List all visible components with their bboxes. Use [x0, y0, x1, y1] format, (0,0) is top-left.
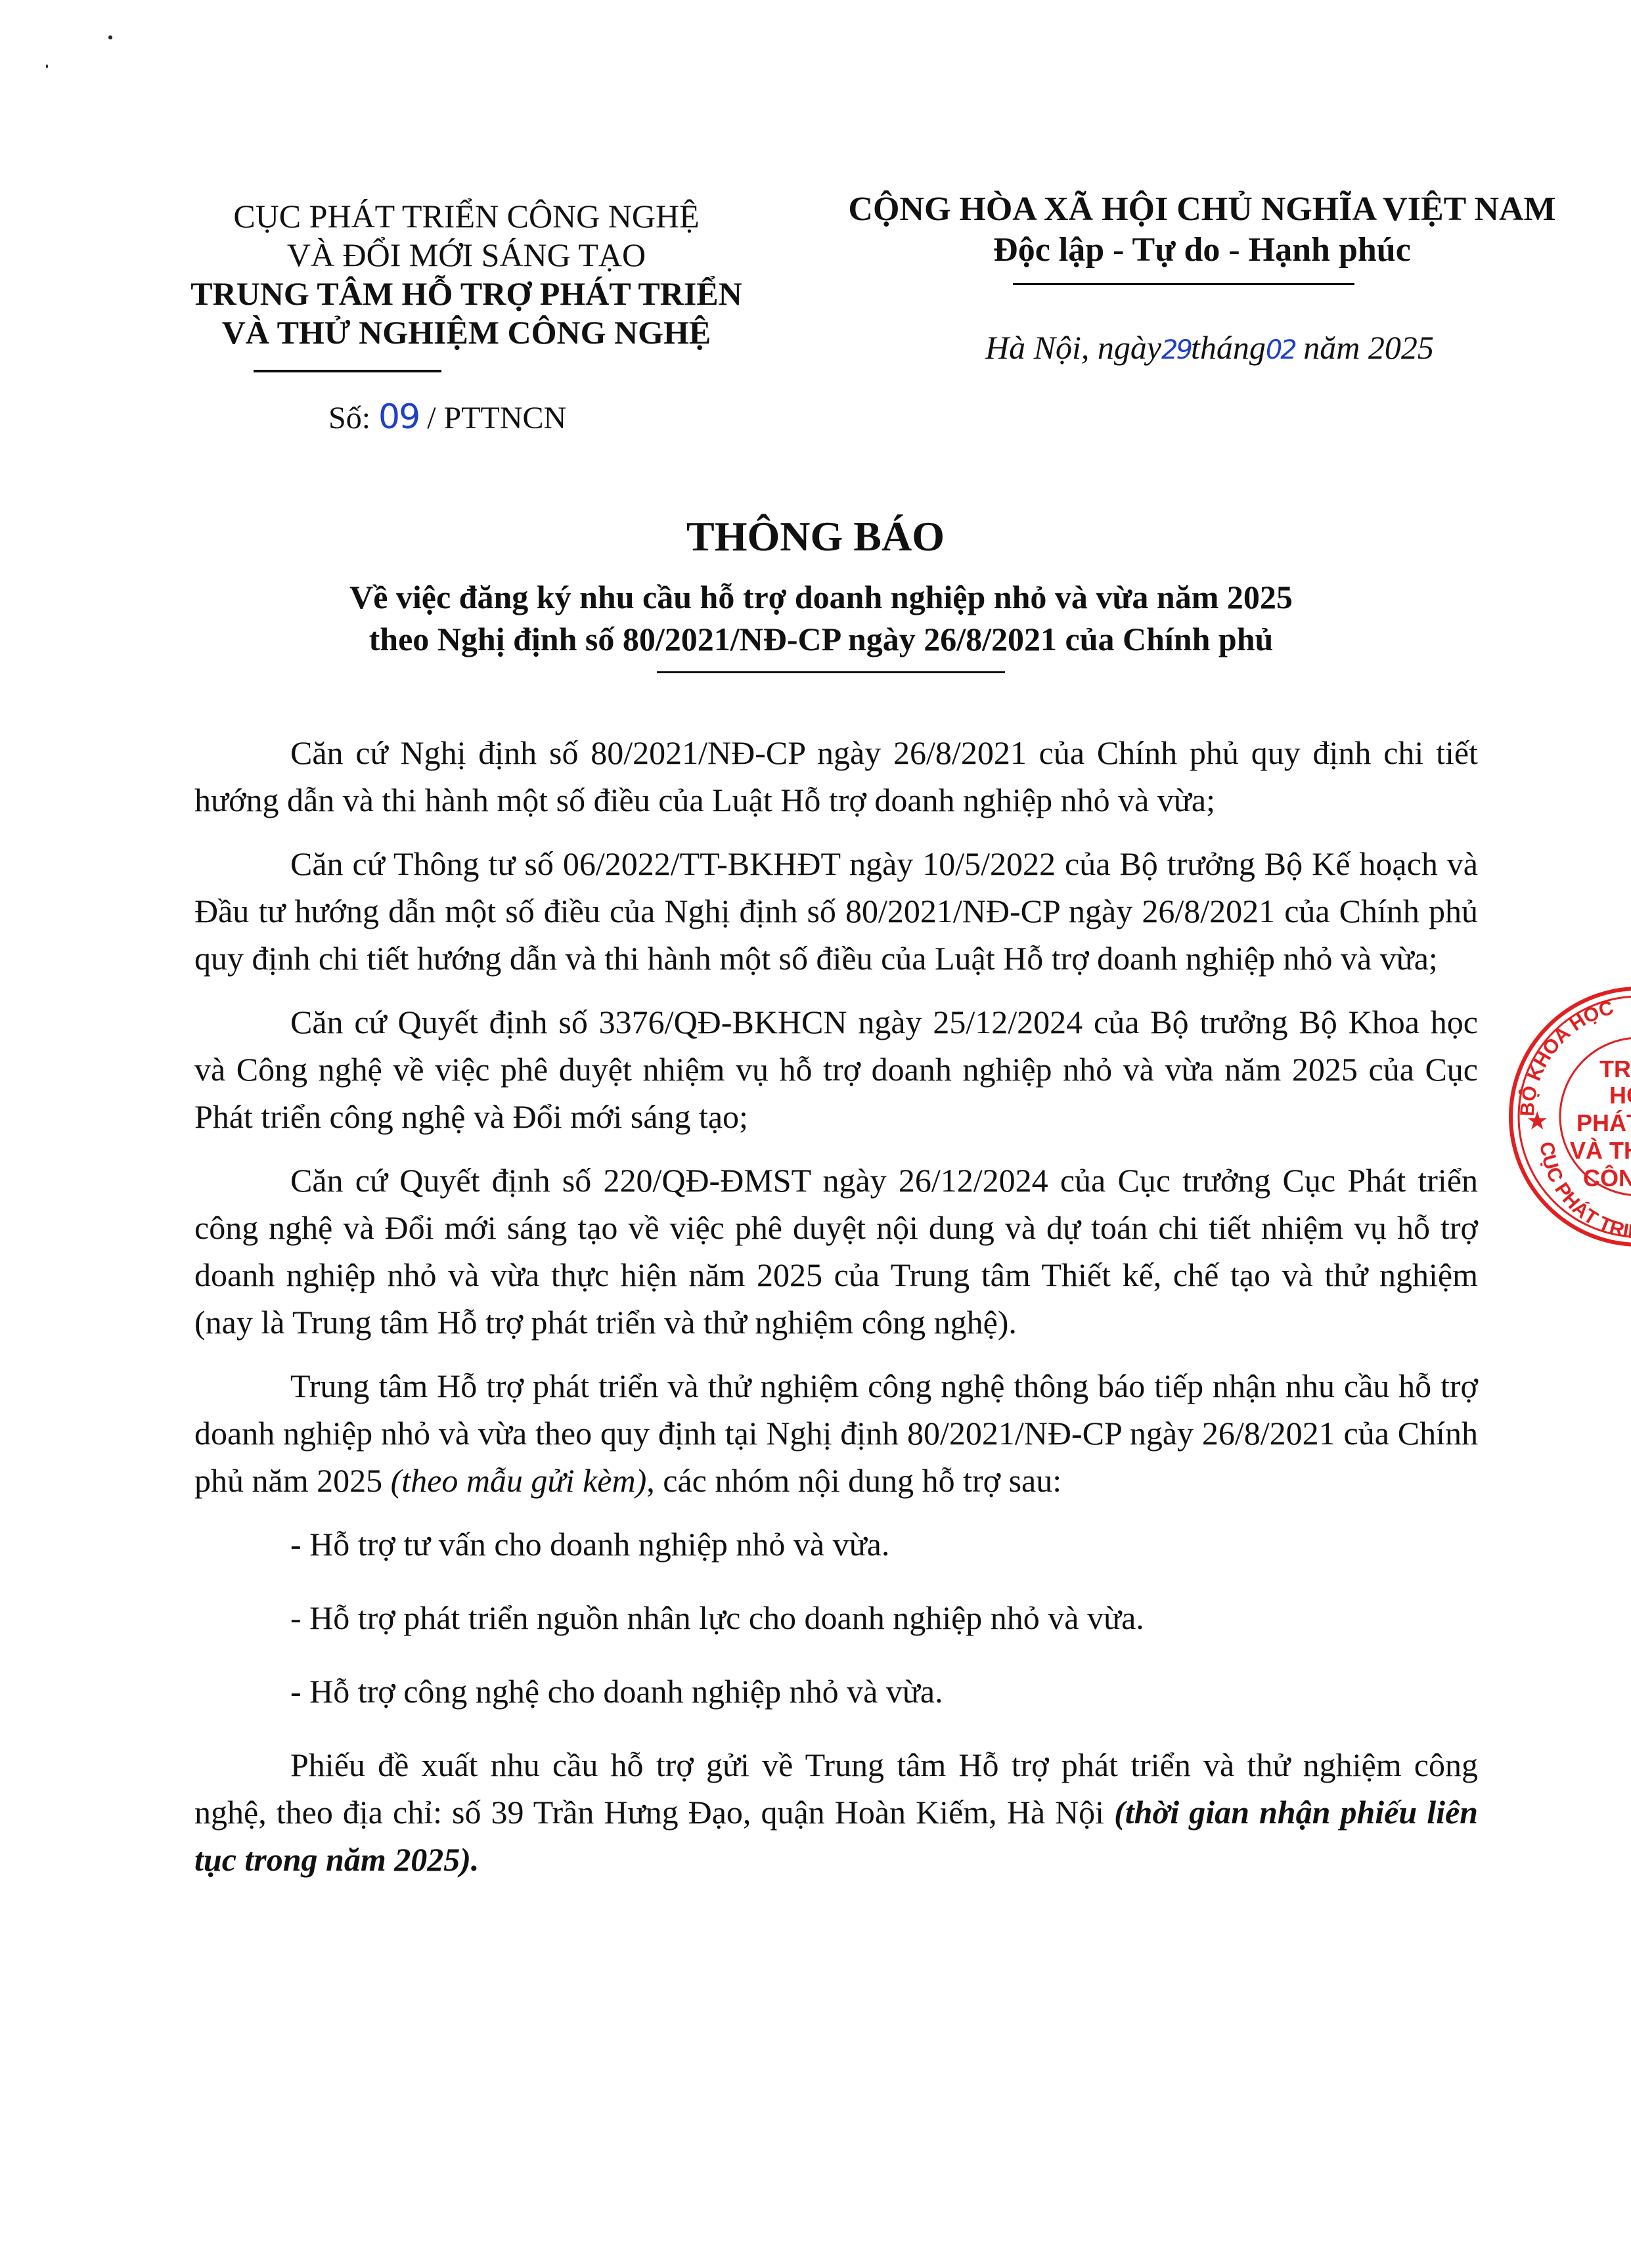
svg-text:HỖ: HỖ — [1609, 1081, 1631, 1109]
svg-text:CÔNG: CÔNG — [1583, 1164, 1631, 1191]
place-prefix: Hà Nội, ngày — [985, 329, 1161, 366]
national-header: CỘNG HÒA XÃ HỘI CHỦ NGHĨA VIỆT NAM Độc l… — [808, 189, 1596, 271]
doc-number-label: Số: — [328, 401, 370, 435]
star-icon: ★ — [1527, 1109, 1547, 1134]
day-handwritten: 29 — [1161, 335, 1191, 365]
issuing-agency-block: CỤC PHÁT TRIỂN CÔNG NGHỆ VÀ ĐỔI MỚI SÁNG… — [151, 197, 782, 352]
unit-line-1: TRUNG TÂM HỖ TRỢ PHÁT TRIỂN — [151, 275, 782, 313]
agency-line-1: CỤC PHÁT TRIỂN CÔNG NGHỆ — [151, 197, 782, 236]
legal-basis-paragraph: Căn cứ Thông tư số 06/2022/TT-BKHĐT ngày… — [194, 840, 1478, 982]
month-handwritten: 02 — [1266, 335, 1295, 365]
month-label: tháng — [1191, 329, 1266, 366]
unit-line-2: VÀ THỬ NGHIỆM CÔNG NGHỆ — [151, 313, 782, 352]
motto-underline — [1013, 283, 1354, 285]
submission-paragraph: Phiếu đề xuất nhu cầu hỗ trợ gửi về Trun… — [194, 1741, 1478, 1883]
support-item: - Hỗ trợ phát triển nguồn nhân lực cho d… — [194, 1594, 1478, 1641]
svg-text:VÀ THỬ: VÀ THỬ — [1570, 1136, 1631, 1164]
national-motto: Độc lập - Tự do - Hạnh phúc — [808, 230, 1596, 271]
subject-line-2: theo Nghị định số 80/2021/NĐ-CP ngày 26/… — [197, 618, 1445, 660]
year-label: năm 2025 — [1303, 329, 1434, 366]
document-body: Căn cứ Nghị định số 80/2021/NĐ-CP ngày 2… — [194, 729, 1478, 1900]
doc-number-handwritten: 09 — [378, 397, 419, 437]
scan-speck — [46, 64, 48, 68]
agency-line-2: VÀ ĐỔI MỚI SÁNG TẠO — [151, 236, 782, 275]
attached-form-note: (theo mẫu gửi kèm) — [391, 1462, 647, 1499]
document-number: Số: 09 / PTTNCN — [328, 397, 566, 437]
official-seal-stamp: BỘ KHOA HỌC CỤC PHÁT TRIỂN CÔNG NGHỆ ★ T… — [1501, 979, 1631, 1255]
place-and-date: Hà Nội, ngày29tháng02 năm 2025 — [985, 328, 1434, 367]
svg-text:PHÁT: PHÁT — [1576, 1109, 1631, 1136]
subject-line-1: Về việc đăng ký nhu cầu hỗ trợ doanh ngh… — [197, 576, 1445, 618]
support-item: - Hỗ trợ công nghệ cho doanh nghiệp nhỏ … — [194, 1668, 1478, 1715]
agency-underline — [254, 370, 441, 372]
doc-number-suffix: / PTTNCN — [427, 401, 566, 435]
announcement-paragraph: Trung tâm Hỗ trợ phát triển và thử nghiệ… — [194, 1362, 1478, 1504]
legal-basis-paragraph: Căn cứ Quyết định số 3376/QĐ-BKHCN ngày … — [194, 998, 1478, 1140]
scan-speck — [108, 35, 112, 39]
legal-basis-paragraph: Căn cứ Quyết định số 220/QĐ-ĐMST ngày 26… — [194, 1157, 1478, 1346]
document-subject: Về việc đăng ký nhu cầu hỗ trợ doanh ngh… — [197, 576, 1445, 660]
support-item: - Hỗ trợ tư vấn cho doanh nghiệp nhỏ và … — [194, 1521, 1478, 1568]
announcement-text-end: , các nhóm nội dung hỗ trợ sau: — [646, 1462, 1061, 1499]
svg-text:TRU: TRU — [1599, 1056, 1631, 1082]
legal-basis-paragraph: Căn cứ Nghị định số 80/2021/NĐ-CP ngày 2… — [194, 729, 1478, 824]
country-name: CỘNG HÒA XÃ HỘI CHỦ NGHĨA VIỆT NAM — [808, 189, 1596, 230]
subject-underline — [657, 671, 1005, 673]
document-title: THÔNG BÁO — [0, 512, 1631, 561]
